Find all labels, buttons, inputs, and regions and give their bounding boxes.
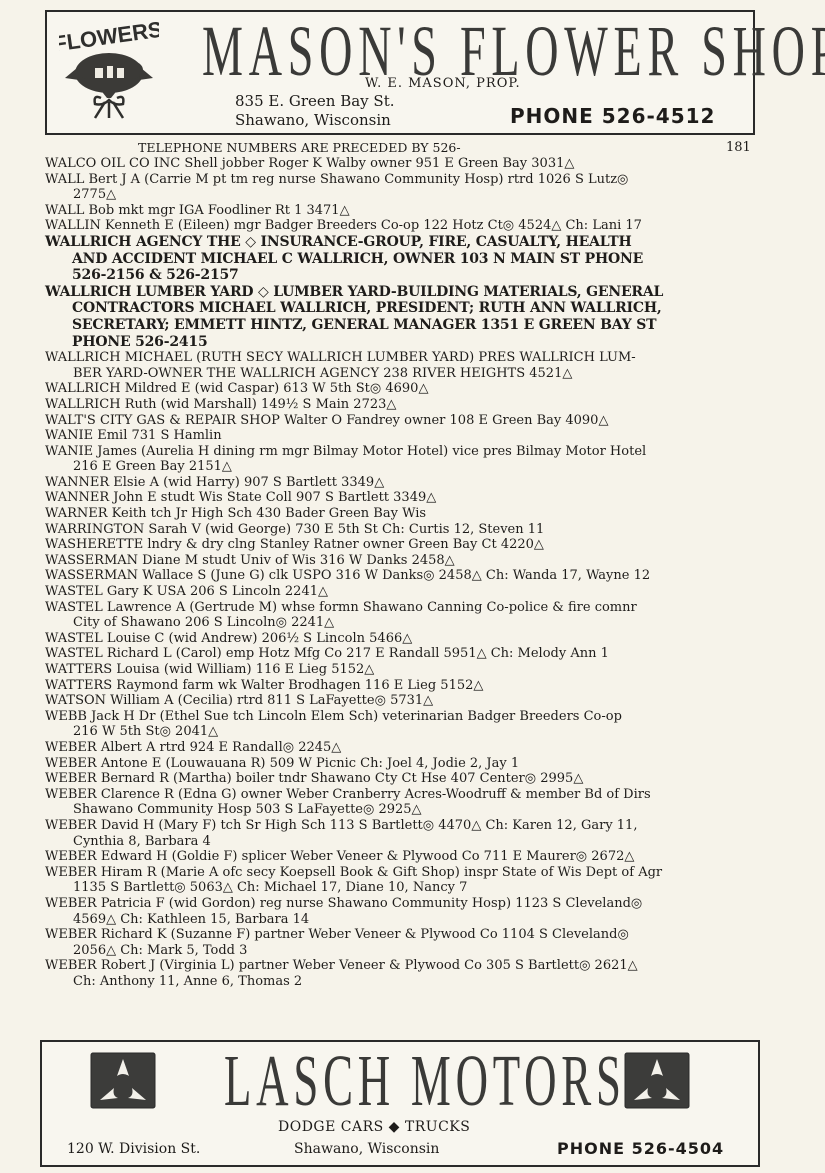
entry-continuation: 2775△ [45,187,785,203]
entry-line: WANNER Elsie A (wid Harry) 907 S Bartlet… [45,475,384,490]
entry-line: WALLIN Kenneth E (Eileen) mgr Badger Bre… [45,218,642,233]
entry-line: WEBER Hiram R (Marie A ofc secy Koepsell… [45,865,662,880]
entry-continuation: 2056△ Ch: Mark 5, Todd 3 [45,943,785,959]
lasch-address: 120 W. Division St. [67,1141,200,1157]
entry-continuation: 1135 S Bartlett◎ 5063△ Ch: Michael 17, D… [45,880,785,896]
entry-continuation: Shawano Community Hosp 503 S LaFayette◎ … [45,802,785,818]
directory-entry: WALLRICH Mildred E (wid Caspar) 613 W 5t… [45,381,785,397]
entry-line: WANIE Emil 731 S Hamlin [45,428,222,443]
dodge-fratzog-icon [90,1052,156,1109]
shop-address: 835 E. Green Bay St. [235,92,395,110]
entry-line: WEBB Jack H Dr (Ethel Sue tch Lincoln El… [45,709,622,724]
entry-continuation: PHONE 526-2415 [45,334,785,351]
directory-entry: WEBER Clarence R (Edna G) owner Weber Cr… [45,787,785,818]
directory-entry: WASHERETTE lndry & dry clng Stanley Ratn… [45,537,785,553]
business-listing: WALLRICH LUMBER YARD ◇ LUMBER YARD-BUILD… [45,284,785,350]
entry-line: WEBER Patricia F (wid Gordon) reg nurse … [45,896,642,911]
entry-line: WALT'S CITY GAS & REPAIR SHOP Walter O F… [45,413,608,428]
directory-entry: WEBER Albert A rtrd 924 E Randall◎ 2245△ [45,740,785,756]
entry-line: WASSERMAN Diane M studt Univ of Wis 316 … [45,553,455,568]
entry-continuation: 4569△ Ch: Kathleen 15, Barbara 14 [45,912,785,928]
entry-line: WARNER Keith tch Jr High Sch 430 Bader G… [45,506,426,521]
entry-line: WALLRICH MICHAEL (RUTH SECY WALLRICH LUM… [45,350,636,365]
entry-line: WARRINGTON Sarah V (wid George) 730 E 5t… [45,522,544,537]
directory-entry: WANNER John E studt Wis State Coll 907 S… [45,490,785,506]
entry-line: WALLRICH Ruth (wid Marshall) 149½ S Main… [45,397,396,412]
entry-continuation: 216 E Green Bay 2151△ [45,459,785,475]
directory-entry: WASSERMAN Diane M studt Univ of Wis 316 … [45,553,785,569]
mason-flower-shop-ad: FLOWERS MASON'S FLOWER SHOP W. E. MASON,… [45,10,755,135]
entry-continuation: 216 W 5th St◎ 2041△ [45,724,785,740]
dodge-fratzog-icon [624,1052,690,1109]
entry-line: WALCO OIL CO INC Shell jobber Roger K Wa… [45,156,574,171]
entry-line: WEBER Richard K (Suzanne F) partner Webe… [45,927,629,942]
directory-entry: WALCO OIL CO INC Shell jobber Roger K Wa… [45,156,785,172]
directory-entry: WEBER Edward H (Goldie F) splicer Weber … [45,849,785,865]
entry-line: WASTEL Gary K USA 206 S Lincoln 2241△ [45,584,328,599]
directory-entry: WEBB Jack H Dr (Ethel Sue tch Lincoln El… [45,709,785,740]
entry-line: WEBER David H (Mary F) tch Sr High Sch 1… [45,818,637,833]
directory-entry: WALLIN Kenneth E (Eileen) mgr Badger Bre… [45,218,785,234]
entry-continuation: Ch: Anthony 11, Anne 6, Thomas 2 [45,974,785,990]
entry-line: WALLRICH Mildred E (wid Caspar) 613 W 5t… [45,381,428,396]
entry-line: WASHERETTE lndry & dry clng Stanley Ratn… [45,537,544,552]
entry-line: WANIE James (Aurelia H dining rm mgr Bil… [45,444,646,459]
entry-continuation: CONTRACTORS MICHAEL WALLRICH, PRESIDENT;… [45,300,785,317]
directory-entry: WALT'S CITY GAS & REPAIR SHOP Walter O F… [45,413,785,429]
lasch-phone: PHONE 526-4504 [557,1139,724,1158]
entry-line: WEBER Bernard R (Martha) boiler tndr Sha… [45,771,583,786]
entry-line: WALL Bob mkt mgr IGA Foodliner Rt 1 3471… [45,203,350,218]
directory-entry: WANIE Emil 731 S Hamlin [45,428,785,444]
entry-line: WATTERS Raymond farm wk Walter Brodhagen… [45,678,483,693]
directory-entry: WANNER Elsie A (wid Harry) 907 S Bartlet… [45,475,785,491]
entry-line: WEBER Antone E (Louwauana R) 509 W Picni… [45,756,519,771]
entry-line: WALLRICH AGENCY THE ◇ INSURANCE-GROUP, F… [45,234,632,250]
directory-entry: WATTERS Louisa (wid William) 116 E Lieg … [45,662,785,678]
entry-line: WEBER Albert A rtrd 924 E Randall◎ 2245△ [45,740,341,755]
entry-continuation: BER YARD-OWNER THE WALLRICH AGENCY 238 R… [45,366,785,382]
directory-entry: WASTEL Lawrence A (Gertrude M) whse form… [45,600,785,631]
directory-entry: WALL Bert J A (Carrie M pt tm reg nurse … [45,172,785,203]
entry-line: WASTEL Louise C (wid Andrew) 206½ S Linc… [45,631,412,646]
directory-entry: WEBER Patricia F (wid Gordon) reg nurse … [45,896,785,927]
entry-line: WALLRICH LUMBER YARD ◇ LUMBER YARD-BUILD… [45,284,663,300]
directory-entry: WEBER Bernard R (Martha) boiler tndr Sha… [45,771,785,787]
entry-continuation: AND ACCIDENT MICHAEL C WALLRICH, OWNER 1… [45,251,785,268]
flower-bouquet-icon: FLOWERS [59,18,159,128]
directory-entry: WEBER David H (Mary F) tch Sr High Sch 1… [45,818,785,849]
entry-continuation: 526-2156 & 526-2157 [45,267,785,284]
entry-line: WANNER John E studt Wis State Coll 907 S… [45,490,436,505]
directory-entry: WEBER Hiram R (Marie A ofc secy Koepsell… [45,865,785,896]
entry-line: WASTEL Richard L (Carol) emp Hotz Mfg Co… [45,646,609,661]
entry-continuation: SECRETARY; EMMETT HINTZ, GENERAL MANAGER… [45,317,785,334]
shop-phone: PHONE 526-4512 [510,104,715,128]
entry-line: WEBER Edward H (Goldie F) splicer Weber … [45,849,634,864]
directory-entry: WALLRICH MICHAEL (RUTH SECY WALLRICH LUM… [45,350,785,381]
lasch-title: LASCH MOTORS [224,1040,626,1124]
entry-continuation: Cynthia 8, Barbara 4 [45,834,785,850]
lasch-city: Shawano, Wisconsin [294,1141,439,1157]
lasch-subtitle: DODGE CARS ◆ TRUCKS [278,1119,470,1135]
business-listing: WALLRICH AGENCY THE ◇ INSURANCE-GROUP, F… [45,234,785,284]
directory-entry: WASTEL Louise C (wid Andrew) 206½ S Linc… [45,631,785,647]
directory-entry: WASTEL Gary K USA 206 S Lincoln 2241△ [45,584,785,600]
directory-entry: WANIE James (Aurelia H dining rm mgr Bil… [45,444,785,475]
directory-entry: WALLRICH Ruth (wid Marshall) 149½ S Main… [45,397,785,413]
directory-entry: WARNER Keith tch Jr High Sch 430 Bader G… [45,506,785,522]
directory-entry: WEBER Robert J (Virginia L) partner Webe… [45,958,785,989]
lasch-motors-ad: LASCH MOTORS DODGE CARS ◆ TRUCKS 120 W. … [40,1040,760,1167]
directory-entry: WEBER Antone E (Louwauana R) 509 W Picni… [45,756,785,772]
entry-line: WALL Bert J A (Carrie M pt tm reg nurse … [45,172,628,187]
entry-continuation: City of Shawano 206 S Lincoln◎ 2241△ [45,615,785,631]
directory-entry: WEBER Richard K (Suzanne F) partner Webe… [45,927,785,958]
telephone-prefix-note: TELEPHONE NUMBERS ARE PRECEDED BY 526- [138,140,461,155]
directory-entry: WARRINGTON Sarah V (wid George) 730 E 5t… [45,522,785,538]
directory-entry: WATTERS Raymond farm wk Walter Brodhagen… [45,678,785,694]
svg-text:FLOWERS: FLOWERS [59,18,159,57]
entry-line: WASSERMAN Wallace S (June G) clk USPO 31… [45,568,650,583]
shop-city: Shawano, Wisconsin [235,111,391,129]
page-number: 181 [726,140,751,155]
entry-line: WATSON William A (Cecilia) rtrd 811 S La… [45,693,433,708]
entry-line: WATTERS Louisa (wid William) 116 E Lieg … [45,662,374,677]
directory-entry: WASSERMAN Wallace S (June G) clk USPO 31… [45,568,785,584]
directory-entry: WASTEL Richard L (Carol) emp Hotz Mfg Co… [45,646,785,662]
directory-entry: WALL Bob mkt mgr IGA Foodliner Rt 1 3471… [45,203,785,219]
directory-listings: WALCO OIL CO INC Shell jobber Roger K Wa… [45,156,785,989]
entry-line: WEBER Clarence R (Edna G) owner Weber Cr… [45,787,651,802]
entry-line: WEBER Robert J (Virginia L) partner Webe… [45,958,638,973]
shop-proprietor: W. E. MASON, PROP. [365,76,521,91]
directory-entry: WATSON William A (Cecilia) rtrd 811 S La… [45,693,785,709]
entry-line: WASTEL Lawrence A (Gertrude M) whse form… [45,600,637,615]
